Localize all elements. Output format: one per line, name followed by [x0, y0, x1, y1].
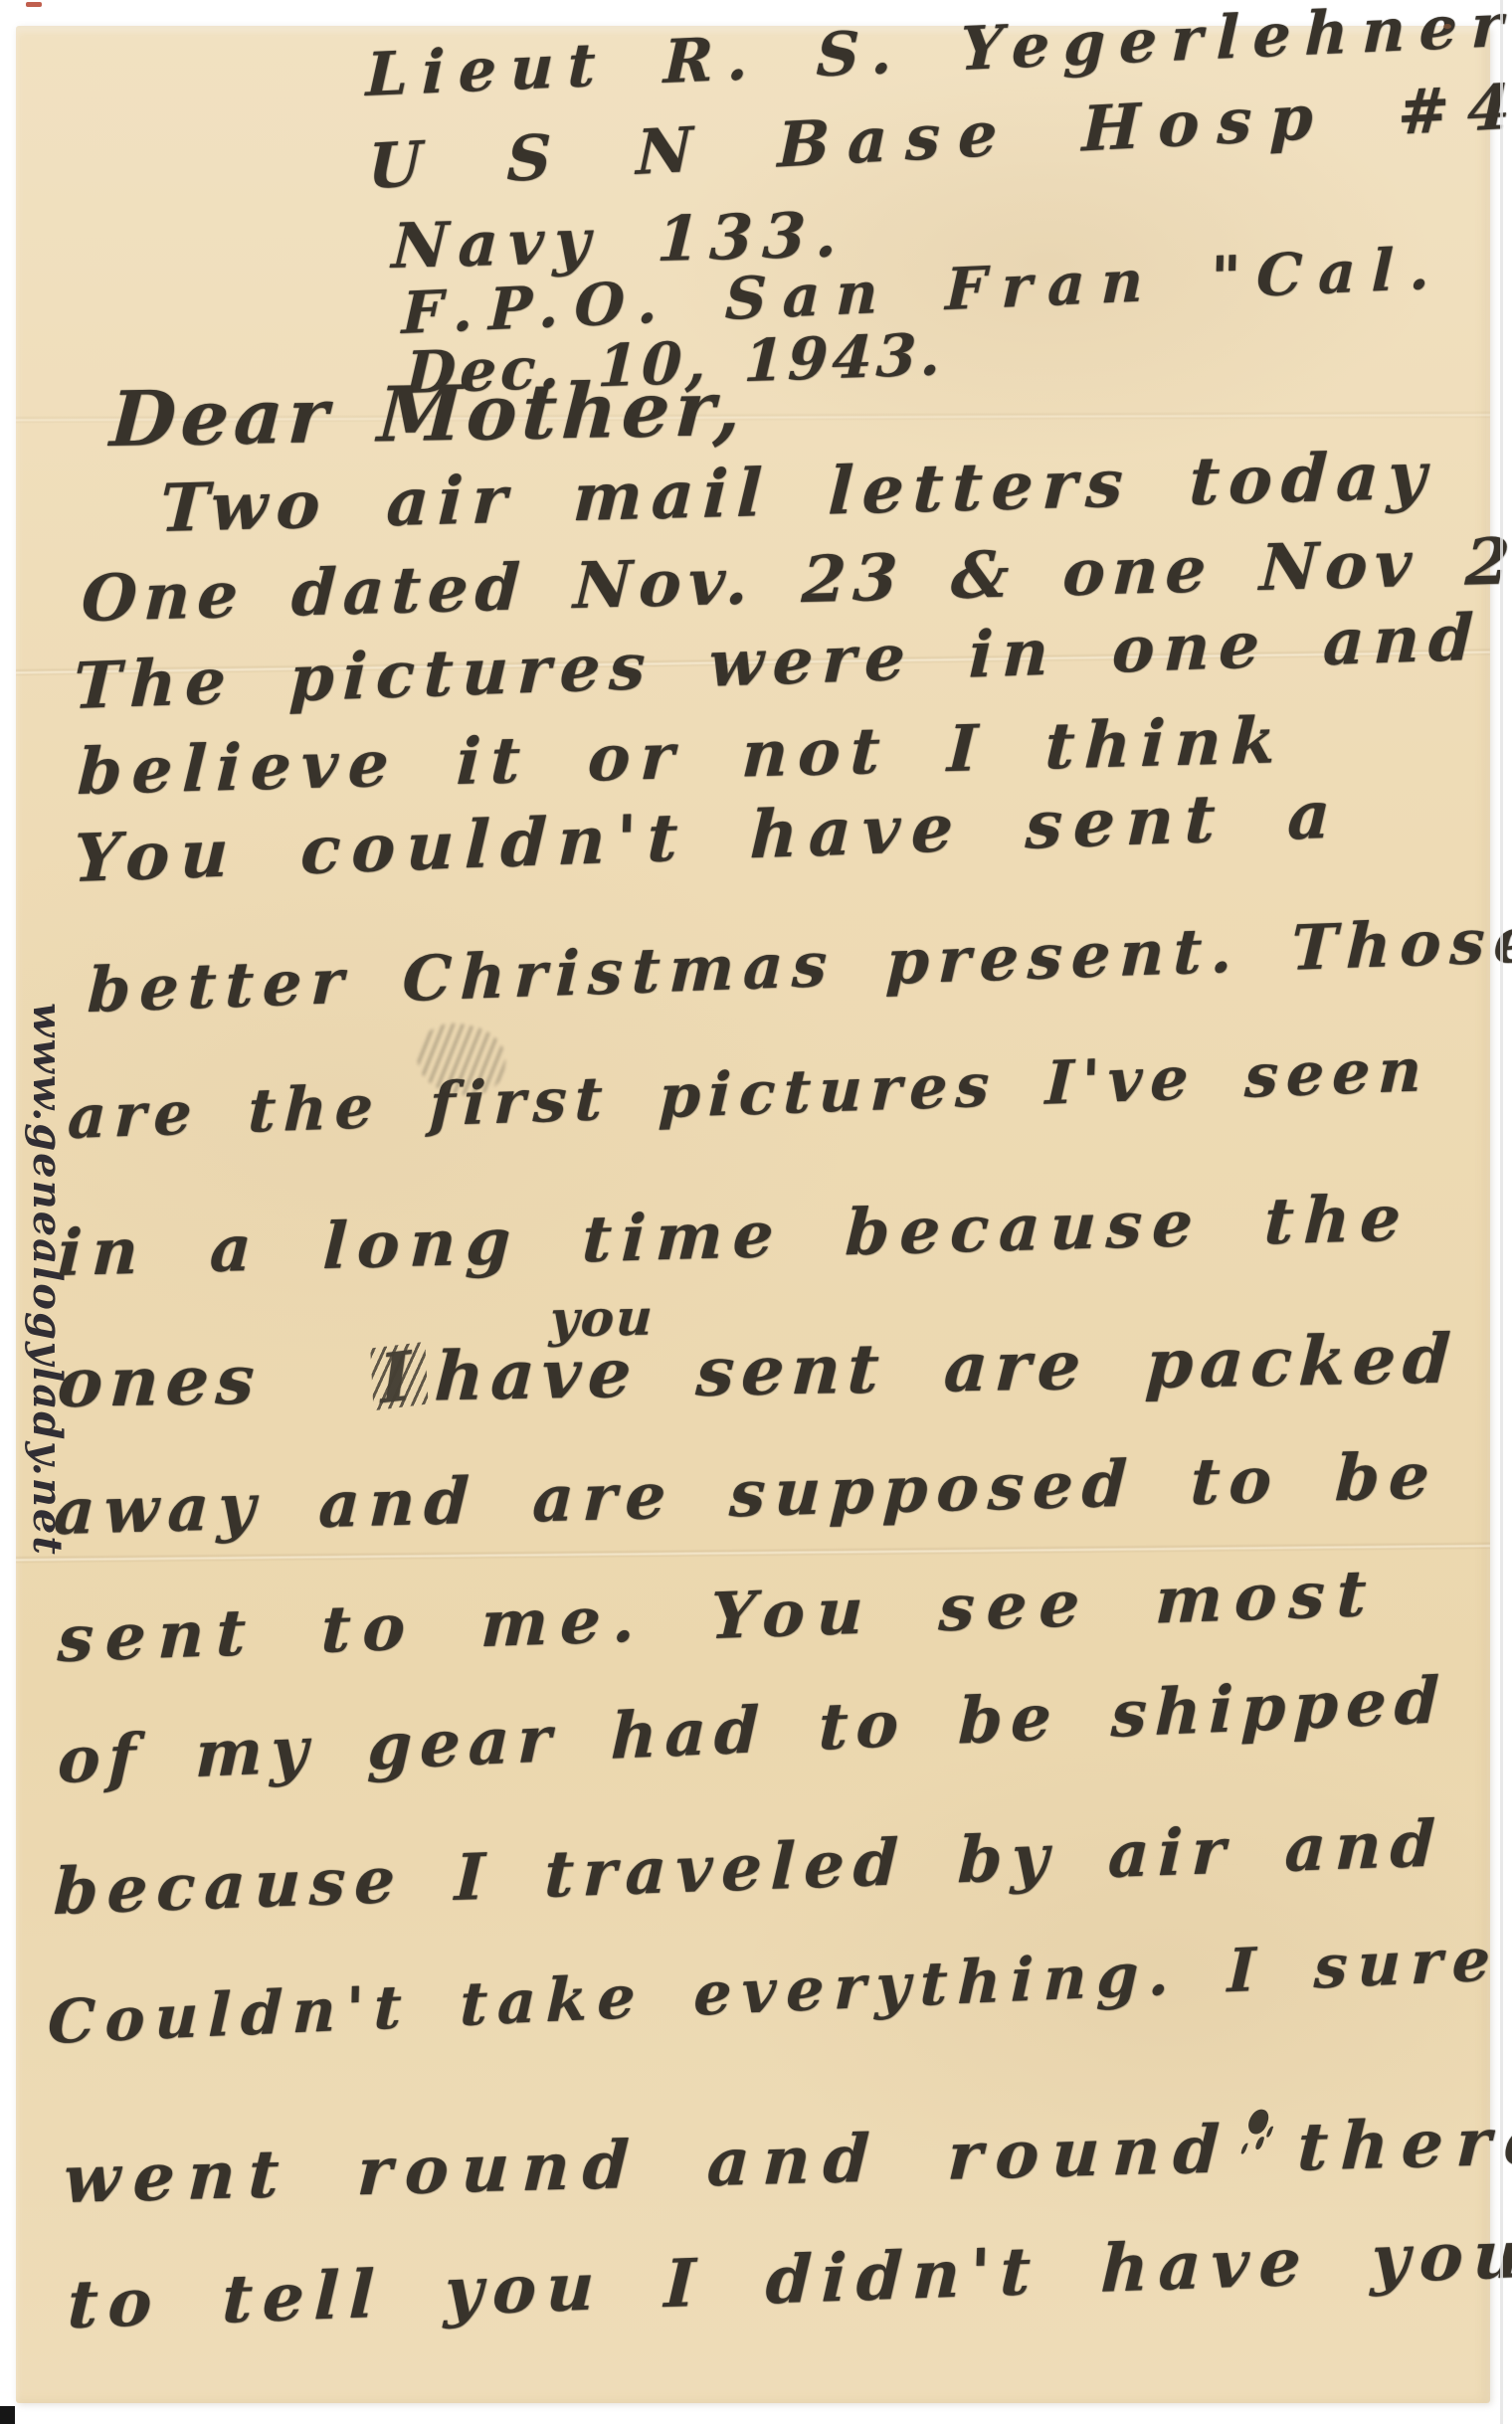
struck-word: I [378, 1337, 421, 1418]
scan-edge-shadow [1500, 0, 1503, 2424]
body-line: better Christmas present. Those [87, 904, 1512, 1026]
scan-mark-red [26, 2, 42, 7]
body-line: sent to me. You see most [57, 1558, 1380, 1677]
body-line: are the first pictures I've seen [67, 1036, 1430, 1153]
scan-page: www.genealogylady.net Lieut R. S. Yegerl… [0, 0, 1512, 2424]
body-line: Couldn't take everything. I sure [47, 1926, 1501, 2058]
body-line: of my gear had to be shipped [57, 1664, 1447, 1798]
inserted-word: you [548, 1288, 656, 1347]
body-line: in a long time because the [56, 1182, 1412, 1290]
body-line: onesIhave sent are packedyou [56, 1320, 1459, 1422]
scan-mark-speck [1443, 24, 1451, 29]
body-line: to tell you I didn't have your [67, 2215, 1512, 2343]
body-line: went round and round there [62, 2104, 1512, 2218]
salutation: Dear Mother, [108, 365, 748, 464]
scan-mark-black [0, 2406, 15, 2424]
letter-paper: www.genealogylady.net Lieut R. S. Yegerl… [16, 26, 1490, 2403]
body-line-text: ones [56, 1340, 264, 1423]
body-line: because I traveled by air and [53, 1807, 1445, 1930]
body-line: away and are supposed to be [52, 1440, 1439, 1550]
